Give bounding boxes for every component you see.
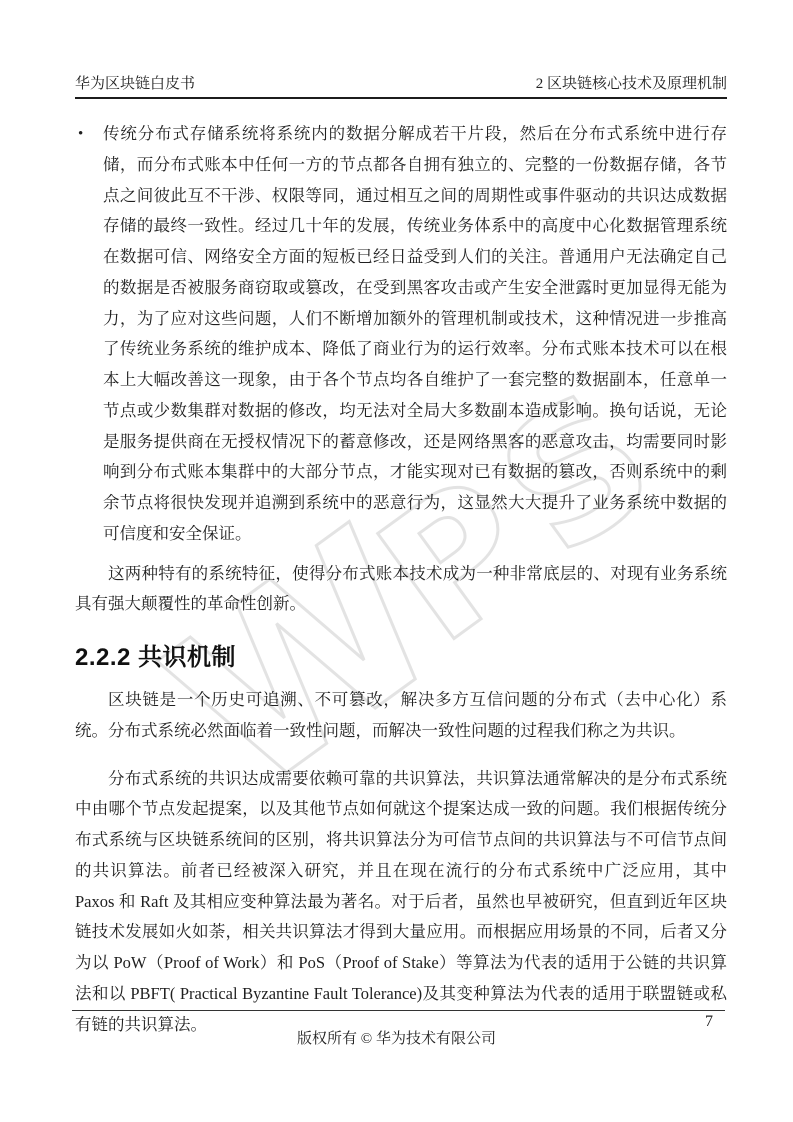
header-book-title: 华为区块链白皮书 (75, 72, 195, 93)
copyright-text: 版权所有 © 华为技术有限公司 (0, 1027, 793, 1048)
page-content: 华为区块链白皮书 2 区块链核心技术及原理机制 • 传统分布式存储系统将系统内的… (75, 0, 727, 1040)
blockchain-paragraph: 区块链是一个历史可追溯、不可篡改，解决多方互信问题的分布式（去中心化）系统。分布… (75, 685, 727, 747)
page-header: 华为区块链白皮书 2 区块链核心技术及原理机制 (75, 0, 727, 99)
bullet-list-item: • 传统分布式存储系统将系统内的数据分解成若干片段，然后在分布式系统中进行存储，… (75, 119, 727, 550)
consensus-paragraph: 分布式系统的共识达成需要依赖可靠的共识算法，共识算法通常解决的是分布式系统中由哪… (75, 764, 727, 1041)
header-chapter-title: 2 区块链核心技术及原理机制 (536, 72, 727, 93)
closing-paragraph: 这两种特有的系统特征，使得分布式账本技术成为一种非常底层的、对现有业务系统具有强… (75, 559, 727, 621)
section-heading: 2.2.2 共识机制 (75, 637, 727, 672)
bullet-paragraph: 传统分布式存储系统将系统内的数据分解成若干片段，然后在分布式系统中进行存储，而分… (103, 119, 727, 550)
bullet-icon: • (75, 119, 103, 550)
footer-divider (72, 1010, 725, 1011)
document-page: W PS 华为区块链白皮书 2 区块链核心技术及原理机制 • 传统分布式存储系统… (0, 0, 793, 1122)
